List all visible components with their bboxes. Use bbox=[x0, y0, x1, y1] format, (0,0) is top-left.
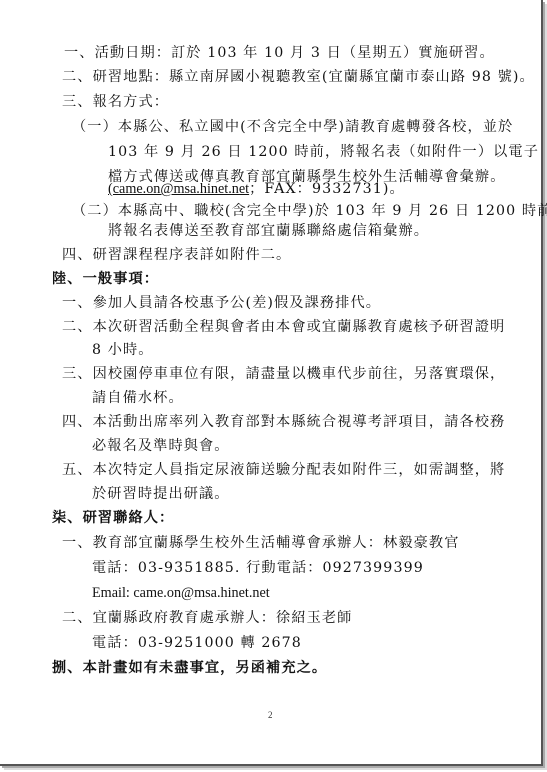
item-general-4: 四、本活動出席率列入教育部對本縣統合視導考評項目，請各校務 bbox=[62, 413, 505, 431]
item-general-2-cont: 8 小時。 bbox=[92, 341, 154, 359]
item-activity-date: 一、活動日期：訂於 103 年 10 月 3 日（星期五）實施研習。 bbox=[64, 44, 495, 62]
section-closing: 捌、本計畫如有未盡事宜，另函補充之。 bbox=[52, 659, 327, 677]
item-registration-1-cont-a: 103 年 9 月 26 日 1200 時前，將報名表（如附件一）以電子 bbox=[108, 143, 539, 161]
item-schedule: 四、研習課程程序表詳如附件二。 bbox=[62, 246, 291, 264]
item-registration-2: （二）本縣高中、職校(含完全中學)於 103 年 9 月 26 日 1200 時… bbox=[72, 202, 547, 220]
item-general-5: 五、本次特定人員指定尿液篩送驗分配表如附件三，如需調整，將 bbox=[62, 461, 505, 479]
item-registration-1: （一）本縣公、私立國中(不含完全中學)請教育處轉發各校，並於 bbox=[72, 118, 513, 136]
item-registration-1-contact: (came.on@msa.hinet.net；FAX：9332731)。 bbox=[108, 180, 405, 198]
item-registration-heading: 三、報名方式： bbox=[62, 93, 169, 111]
item-general-5-cont: 於研習時提出研議。 bbox=[92, 485, 230, 503]
page-number: 2 bbox=[268, 710, 273, 720]
contact-1: 一、教育部宜蘭縣學生校外生活輔導會承辦人：林毅豪教官 bbox=[62, 534, 459, 552]
item-general-2: 二、本次研習活動全程與會者由本會或宜蘭縣教育處核予研習證明 bbox=[62, 318, 505, 336]
document-page: 一、活動日期：訂於 103 年 10 月 3 日（星期五）實施研習。 二、研習地… bbox=[0, 0, 543, 766]
contact-1-email: Email: came.on@msa.hinet.net bbox=[92, 584, 270, 602]
contact-2-phone: 電話：03-9251000 轉 2678 bbox=[92, 634, 302, 652]
contact-2: 二、宜蘭縣政府教育處承辦人：徐紹玉老師 bbox=[62, 609, 352, 627]
item-registration-2-cont: 將報名表傳送至教育部宜蘭縣聯絡處信箱彙辦。 bbox=[108, 222, 429, 240]
contact-1-phone: 電話：03-9351885. 行動電話：0927399399 bbox=[92, 559, 424, 577]
item-venue: 二、研習地點：縣立南屏國小視聽教室(宜蘭縣宜蘭市泰山路 98 號)。 bbox=[62, 68, 535, 86]
section-contact-heading: 柒、研習聯絡人： bbox=[52, 509, 174, 527]
item-general-1: 一、參加人員請各校惠予公(差)假及課務排代。 bbox=[62, 294, 381, 312]
email-link[interactable]: (came.on@msa.hinet.net bbox=[108, 181, 249, 197]
fax-text: ；FAX：9332731)。 bbox=[249, 181, 405, 197]
item-general-3: 三、因校園停車車位有限，請盡量以機車代步前往，另落實環保， bbox=[62, 365, 505, 383]
item-general-4-cont: 必報名及準時與會。 bbox=[92, 437, 230, 455]
item-general-3-cont: 請自備水杯。 bbox=[92, 389, 184, 407]
section-general-heading: 陸、一般事項： bbox=[52, 270, 159, 288]
